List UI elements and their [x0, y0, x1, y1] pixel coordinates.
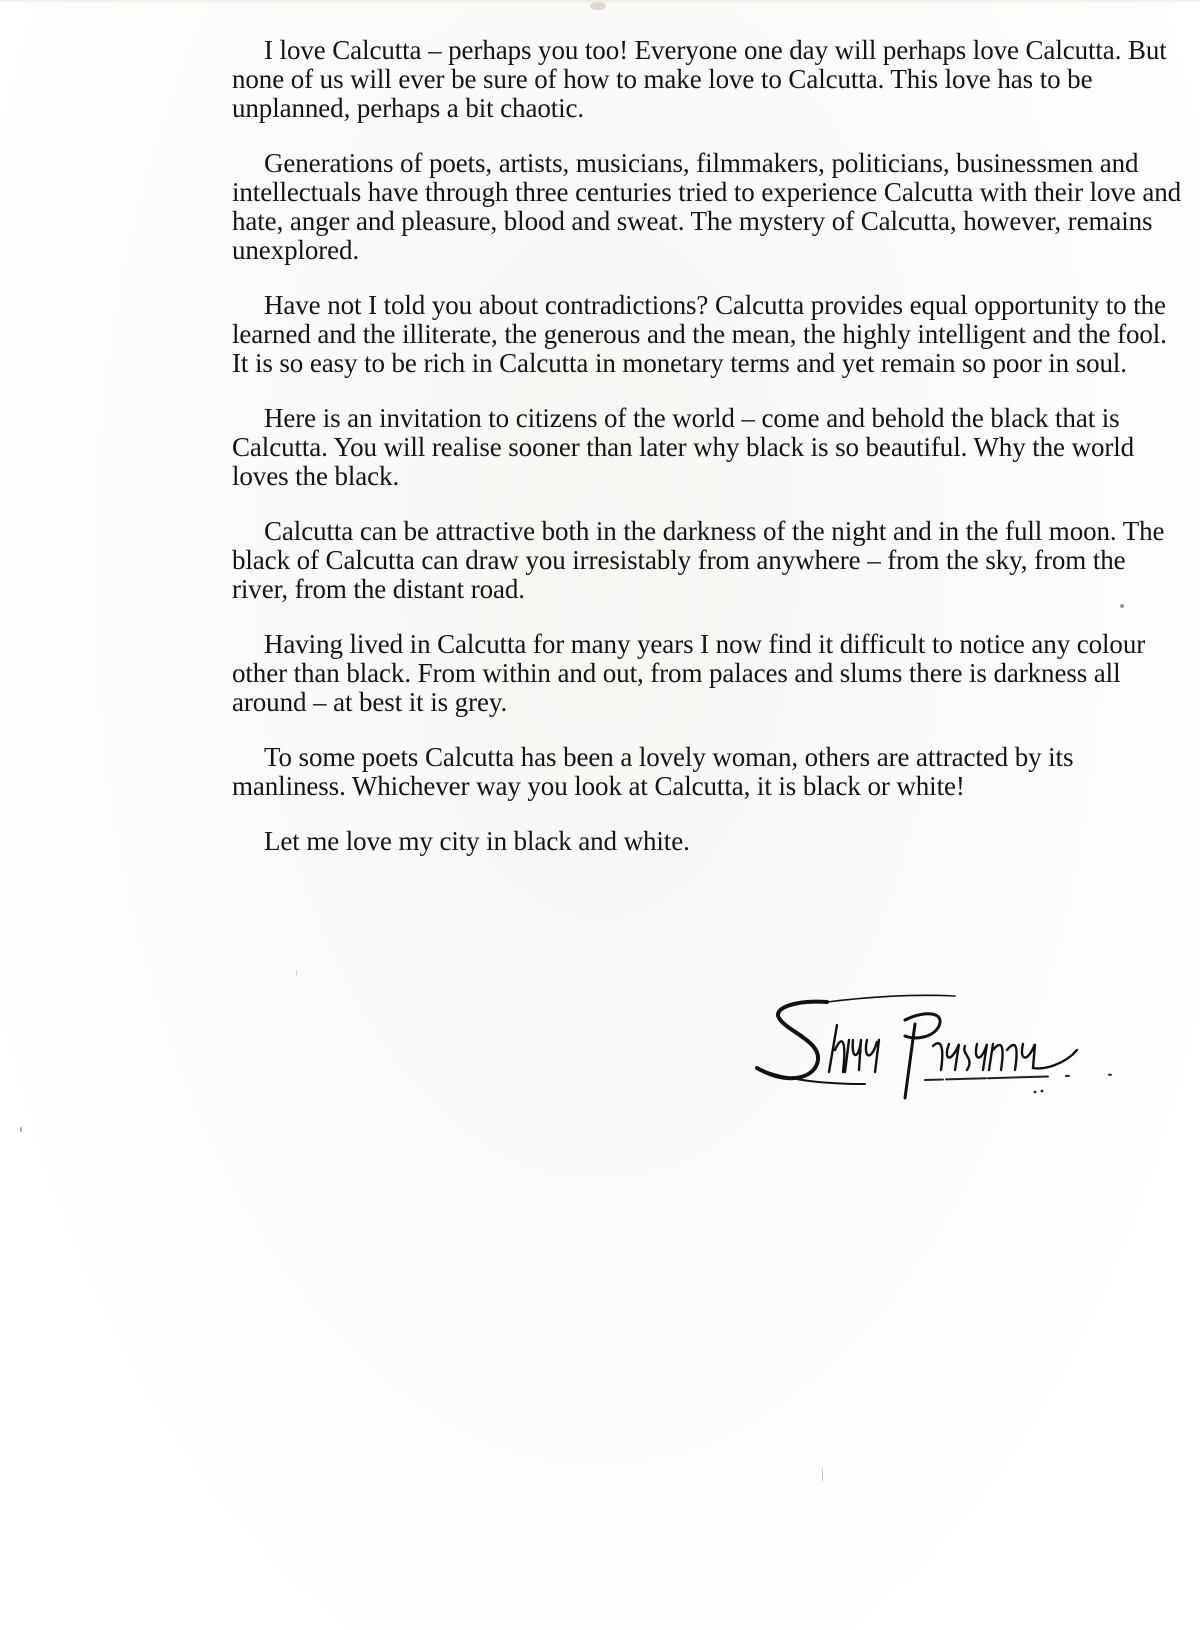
paragraph-4: Here is an invitation to citizens of the… [232, 404, 1182, 491]
paragraph-8: Let me love my city in black and white. [232, 827, 1182, 856]
paragraph-1: I love Calcutta – perhaps you too! Every… [232, 36, 1182, 123]
paragraph-5: Calcutta can be attractive both in the d… [232, 517, 1182, 604]
paragraph-2: Generations of poets, artists, musicians… [232, 149, 1182, 265]
paper-smudge [590, 2, 606, 10]
essay-body: I love Calcutta – perhaps you too! Every… [232, 36, 1182, 882]
paper-speck [296, 970, 297, 976]
paragraph-3: Have not I told you about contradictions… [232, 291, 1182, 378]
paragraph-7: To some poets Calcutta has been a lovely… [232, 743, 1182, 801]
paper-speck [822, 1468, 823, 1482]
signature-scrawl-icon [755, 980, 1195, 1110]
paper-speck [20, 1127, 22, 1132]
scanned-page: I love Calcutta – perhaps you too! Every… [0, 0, 1200, 1630]
paragraph-6: Having lived in Calcutta for many years … [232, 630, 1182, 717]
signature: Shuva Prasanna [755, 980, 1195, 1110]
paper-speck [1120, 604, 1124, 608]
